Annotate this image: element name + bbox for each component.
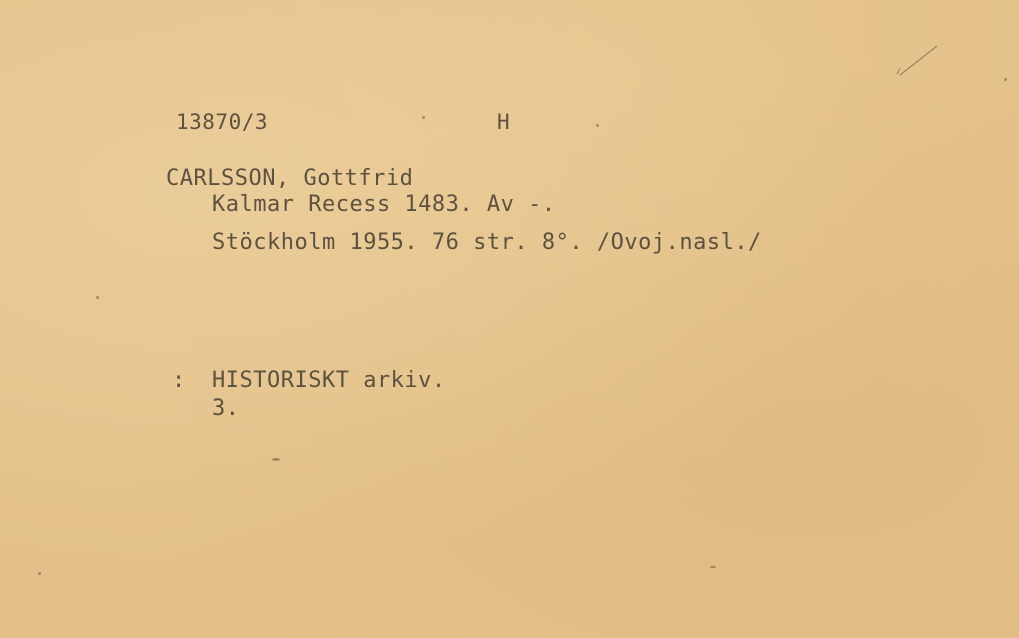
paper-speck	[272, 458, 280, 461]
series-prefix: :	[172, 368, 186, 393]
imprint-line: Stöckholm 1955. 76 str. 8°. /Ovoj.nasl./	[212, 230, 762, 255]
section-mark: H	[497, 110, 510, 134]
catalog-number: 13870/3	[176, 110, 268, 134]
paper-speck	[596, 124, 599, 127]
series-number: 3.	[212, 396, 240, 421]
paper-speck	[1004, 78, 1007, 81]
series-title: HISTORISKT arkiv.	[212, 368, 446, 393]
checkmark-icon	[895, 44, 939, 78]
paper-speck	[38, 572, 41, 575]
catalog-card: 13870/3 H CARLSSON, Gottfrid Kalmar Rece…	[0, 0, 1019, 638]
paper-speck	[710, 566, 716, 568]
title-line: Kalmar Recess 1483. Av -.	[212, 192, 556, 217]
paper-speck	[422, 116, 425, 119]
author-heading: CARLSSON, Gottfrid	[166, 166, 413, 191]
paper-speck	[96, 296, 99, 299]
